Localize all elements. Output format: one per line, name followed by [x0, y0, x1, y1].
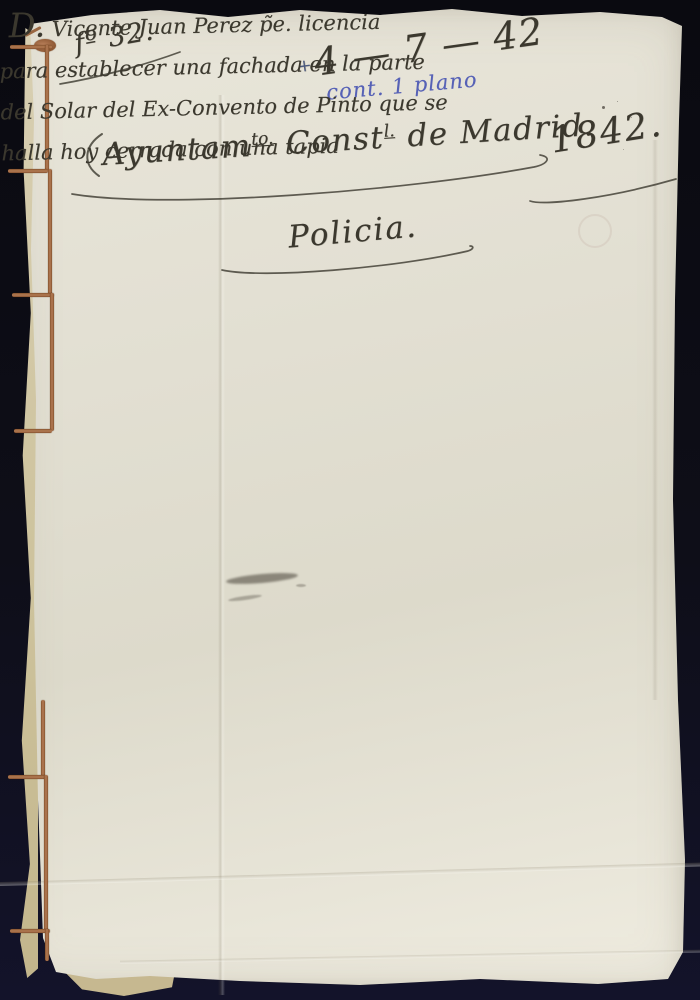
ink-smudge — [296, 584, 306, 587]
binding-thread-segment — [50, 293, 54, 431]
binding-thread-segment — [45, 929, 49, 961]
binding-thread-segment — [48, 169, 52, 295]
binding-thread-segment — [44, 775, 48, 932]
body-text: D. Vicente Juan Perez p̃e. licencia para… — [0, 0, 482, 174]
binding-thread-segment — [8, 775, 46, 779]
faint-stamp-mark — [578, 214, 612, 248]
ink-specks — [602, 106, 605, 109]
binding-thread-segment — [41, 700, 45, 778]
binding-thread-segment — [14, 429, 52, 433]
binding-thread-segment — [10, 929, 50, 933]
archive-photo: fº 32. +4 — 7 — 42 cont. 1 plano Ayuntam… — [0, 0, 700, 1000]
binding-thread-segment — [12, 293, 54, 297]
